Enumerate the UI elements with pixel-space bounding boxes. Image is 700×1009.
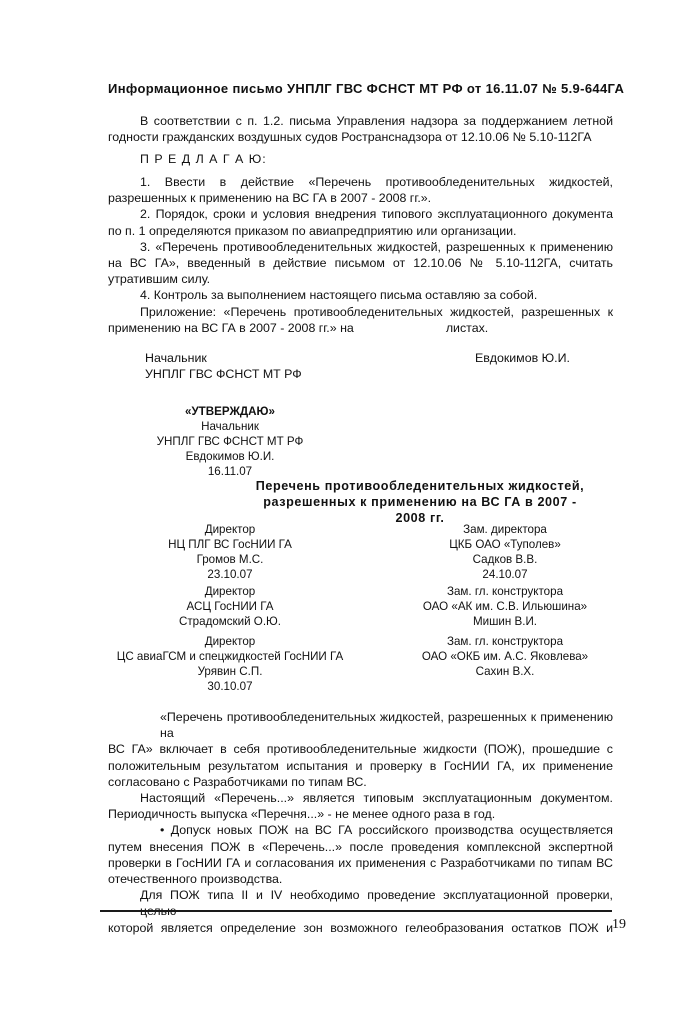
item-3-line: 3. «Перечень противообледенительных жидк… (108, 239, 613, 255)
approver-right-1: Зам. директора ЦКБ ОАО «Туполев» Садков … (400, 522, 610, 582)
approver-org: ОАО «ОКБ им. А.С. Яковлева» (400, 649, 610, 664)
approver-position: Директор (130, 584, 330, 599)
approver-position: Зам. директора (400, 522, 610, 537)
item-2-line: 2. Порядок, сроки и условия внедрения ти… (108, 206, 613, 222)
appendix-line: Приложение: «Перечень противообледенител… (108, 304, 613, 320)
approver-date: 30.10.07 (110, 679, 350, 694)
approver-left-3: Директор ЦС авиаГСМ и спецжидкостей ГосН… (110, 634, 350, 694)
approver-org: ЦС авиаГСМ и спецжидкостей ГосНИИ ГА (110, 649, 350, 664)
approver-date: 24.10.07 (400, 567, 610, 582)
approve-heading: «УТВЕРЖДАЮ» (140, 404, 320, 419)
propose-heading: П Р Е Д Л А Г А Ю: (140, 151, 267, 167)
approver-name: Садков В.В. (400, 552, 610, 567)
intro-paragraph: В соответствии с п. 1.2. письма Управлен… (108, 113, 613, 145)
approver-position: Зам. гл. конструктора (400, 634, 610, 649)
intro-line: годности гражданских воздушных судов Рос… (108, 129, 613, 145)
intro-line: В соответствии с п. 1.2. письма Управлен… (108, 113, 613, 129)
approver-name: Сахин В.Х. (400, 664, 610, 679)
body-line: • Допуск новых ПОЖ на ВС ГА российского … (108, 822, 613, 838)
signature-org: УНПЛГ ГВС ФСНСТ МТ РФ (145, 366, 302, 382)
item-4-line: 4. Контроль за выполнением настоящего пи… (108, 287, 613, 303)
approver-left-1: Директор НЦ ПЛГ ВС ГосНИИ ГА Громов М.С.… (130, 522, 330, 582)
footer-rule (100, 910, 612, 912)
body-line: Настоящий «Перечень...» является типовым… (108, 790, 613, 806)
approver-org: ЦКБ ОАО «Туполев» (400, 537, 610, 552)
body-line: Периодичность выпуска «Перечня...» - не … (108, 806, 613, 822)
approver-date: 23.10.07 (130, 567, 330, 582)
body-line: согласовано с Разработчиками по типам ВС… (108, 774, 613, 790)
approver-right-3: Зам. гл. конструктора ОАО «ОКБ им. А.С. … (400, 634, 610, 679)
approver-name: Мишин В.И. (400, 614, 610, 629)
body-line: «Перечень противообледенительных жидкост… (108, 709, 613, 741)
approver-name: Страдомский О.Ю. (130, 614, 330, 629)
approve-date: 16.11.07 (140, 464, 320, 479)
approver-name: Урявин С.П. (110, 664, 350, 679)
item-1-line: 1. Ввести в действие «Перечень противооб… (108, 174, 613, 190)
approve-name: Евдокимов Ю.И. (140, 449, 320, 464)
item-3-line: на ВС ГА», введенный в действие письмом … (108, 255, 613, 271)
body-line: положительным результатом испытания и пр… (108, 758, 613, 774)
appendix-line: применению на ВС ГА в 2007 - 2008 гг.» н… (108, 320, 613, 336)
approver-name: Громов М.С. (130, 552, 330, 567)
page-number: 19 (612, 917, 626, 933)
appendix-text: применению на ВС ГА в 2007 - 2008 гг.» н… (108, 321, 354, 335)
approver-position: Директор (110, 634, 350, 649)
body-line: ВС ГА» включает в себя противообледените… (108, 741, 613, 757)
approve-position: Начальник (140, 419, 320, 434)
item-2-line: по п. 1 определяются приказом по авиапре… (108, 223, 613, 239)
letter-title: Информационное письмо УНПЛГ ГВС ФСНСТ МТ… (108, 81, 628, 96)
items-block: 1. Ввести в действие «Перечень противооб… (108, 174, 613, 336)
signature-name: Евдокимов Ю.И. (475, 350, 570, 366)
body-line: которой является определение зон возможн… (108, 920, 613, 936)
appendix-sheets: листах. (446, 321, 488, 335)
approver-right-2: Зам. гл. конструктора ОАО «АК им. С.В. И… (400, 584, 610, 629)
list-title-line: Перечень противообледенительных жидкосте… (255, 478, 585, 494)
approver-position: Директор (130, 522, 330, 537)
body-line: отечественного производства. (108, 871, 613, 887)
approve-org: УНПЛГ ГВС ФСНСТ МТ РФ (140, 434, 320, 449)
approver-org: ОАО «АК им. С.В. Ильюшина» (400, 599, 610, 614)
approve-block: «УТВЕРЖДАЮ» Начальник УНПЛГ ГВС ФСНСТ МТ… (140, 404, 320, 479)
signature-position: Начальник (145, 350, 302, 366)
approver-org: АСЦ ГосНИИ ГА (130, 599, 330, 614)
approver-position: Зам. гл. конструктора (400, 584, 610, 599)
body-text: «Перечень противообледенительных жидкост… (108, 709, 613, 936)
body-line: путем внесения ПОЖ в «Перечень...» после… (108, 839, 613, 855)
body-line: проверки в ГосНИИ ГА и согласования их п… (108, 855, 613, 871)
signature-block: Начальник УНПЛГ ГВС ФСНСТ МТ РФ (145, 350, 302, 382)
item-3-line: утратившим силу. (108, 271, 613, 287)
list-title: Перечень противообледенительных жидкосте… (255, 478, 585, 526)
body-line: Для ПОЖ типа II и IV необходимо проведен… (108, 887, 613, 919)
approver-org: НЦ ПЛГ ВС ГосНИИ ГА (130, 537, 330, 552)
item-1-line: разрешенных к применению на ВС ГА в 2007… (108, 190, 613, 206)
approver-left-2: Директор АСЦ ГосНИИ ГА Страдомский О.Ю. (130, 584, 330, 629)
